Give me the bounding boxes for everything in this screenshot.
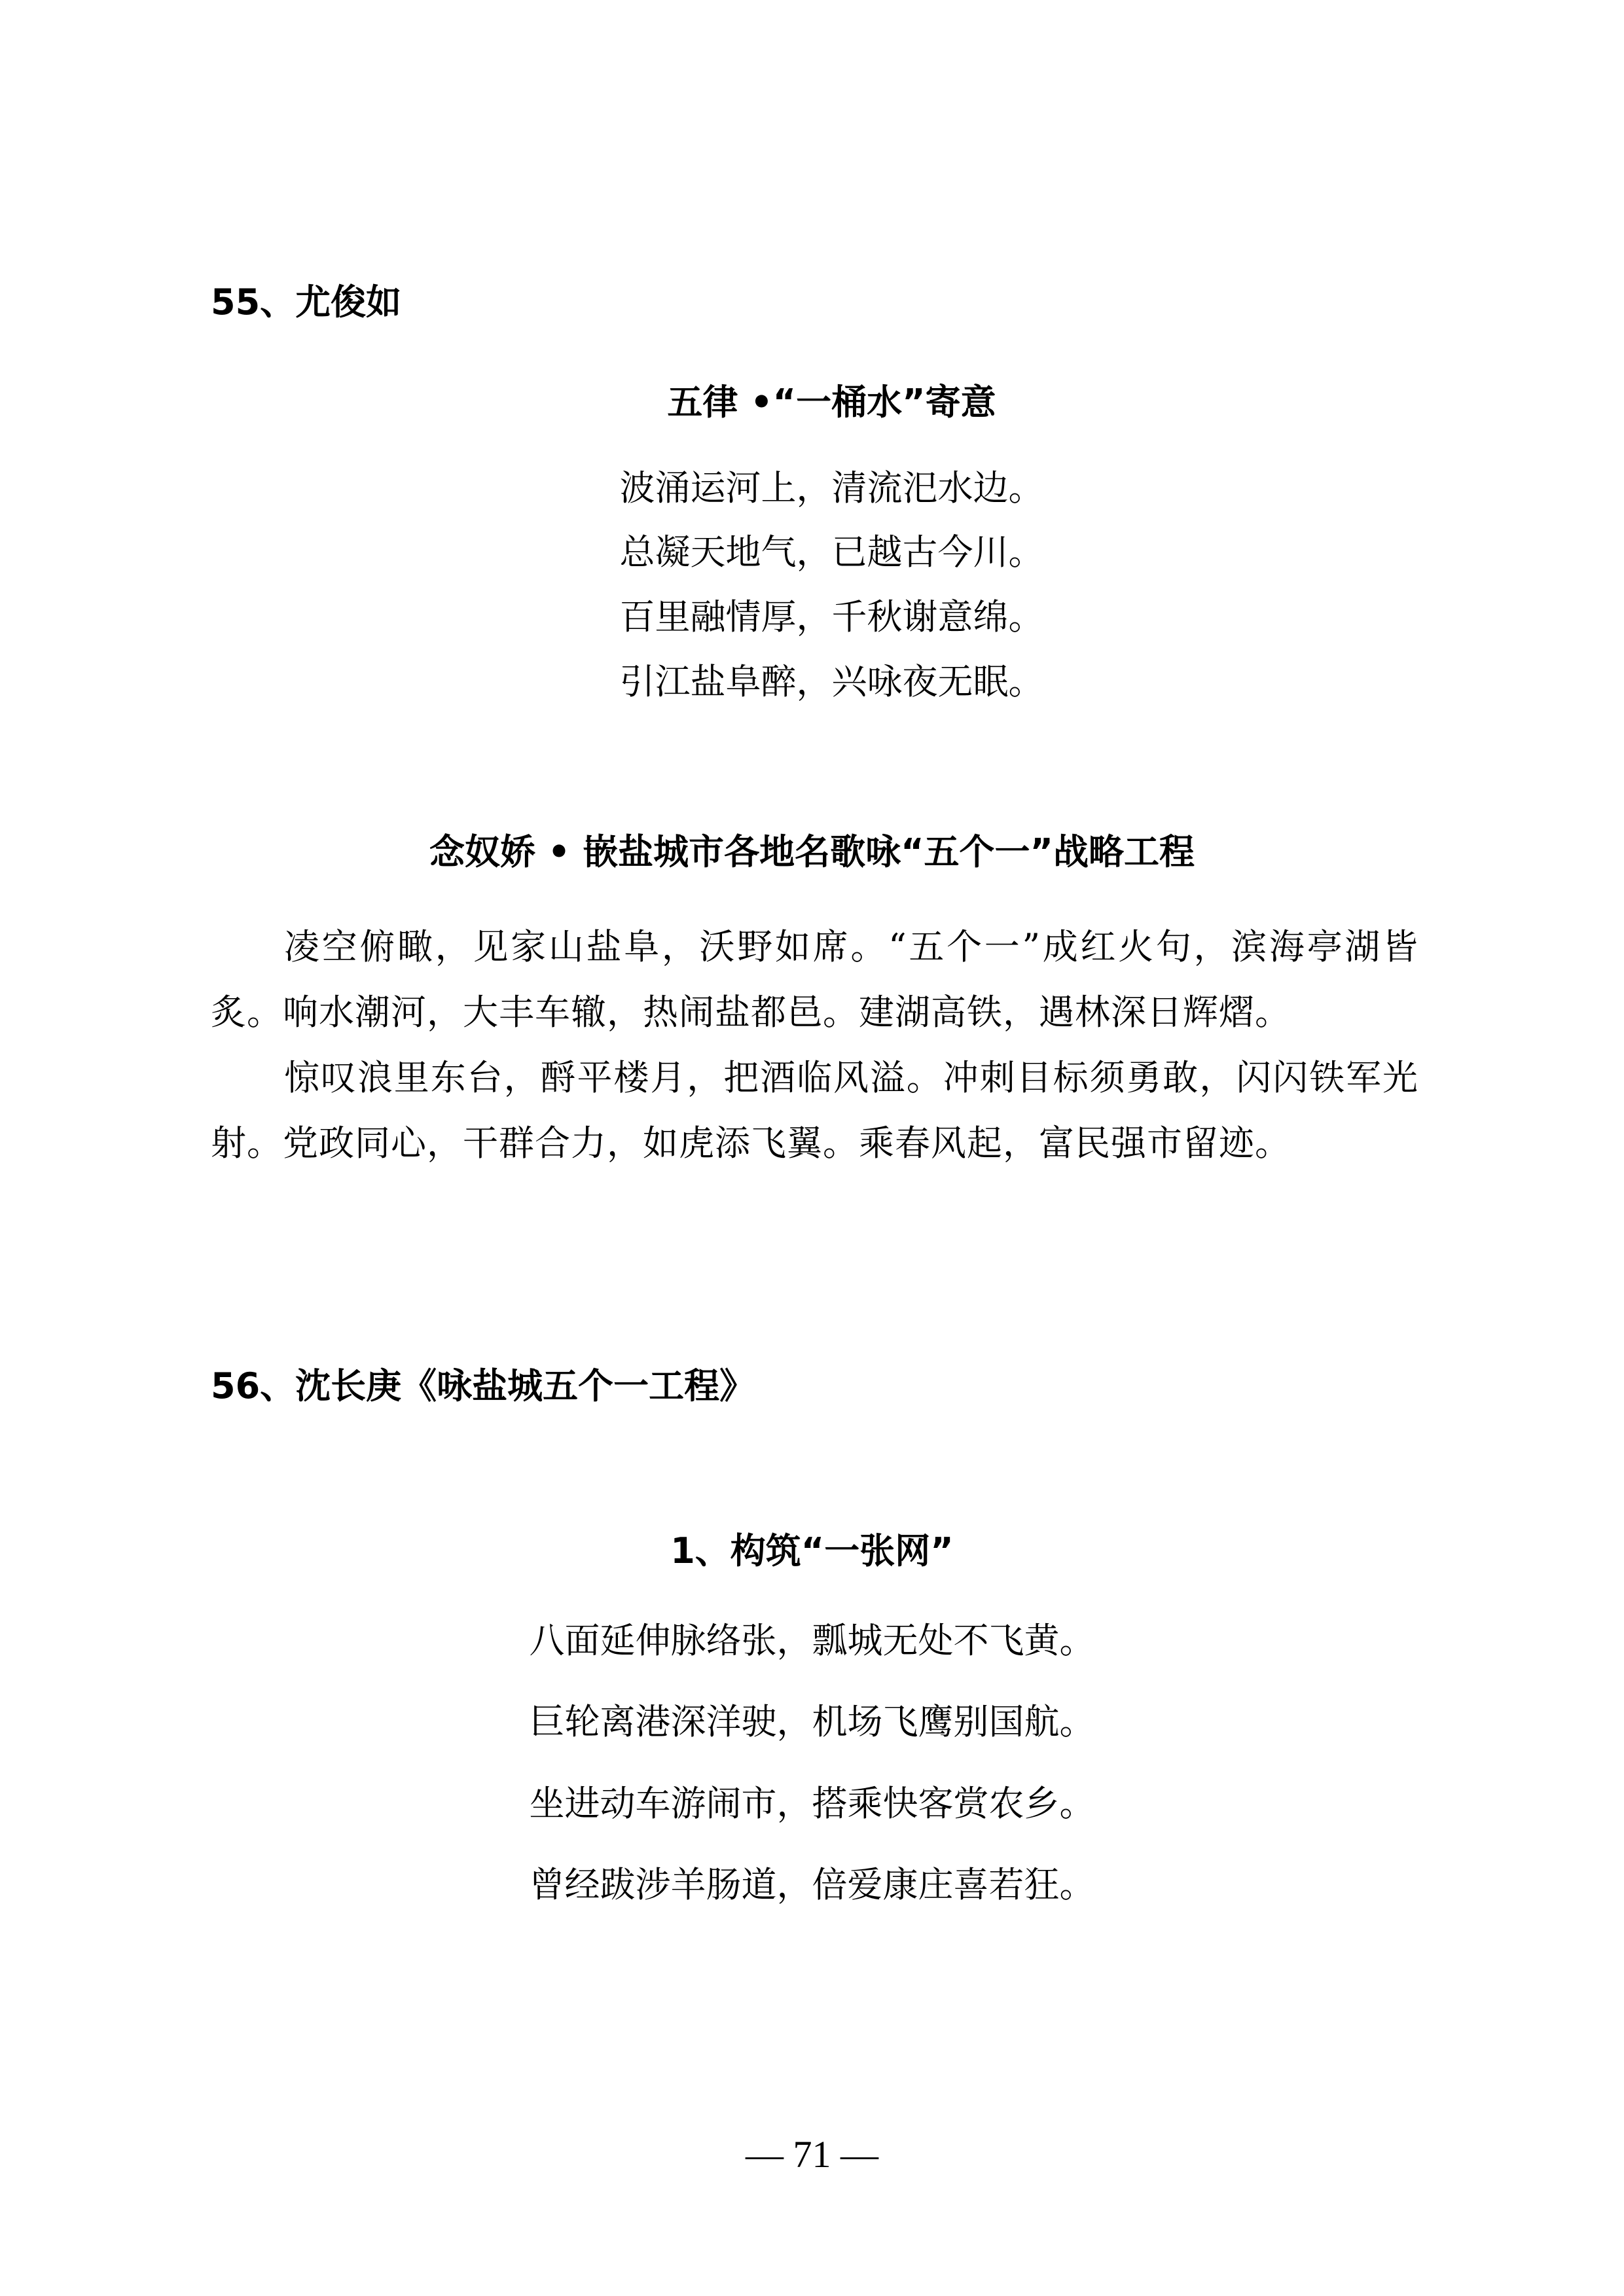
ci-paragraph: 惊叹浪里东台，酹平楼月，把酒临风溢。冲刺目标须勇敢，闪闪铁军光射。党政同心，干群…	[211, 1045, 1418, 1176]
verse-line: 八面延伸脉络张，瓢城无处不飞黄。	[0, 1621, 1624, 1660]
poem-title-gouzhu: 1、构筑“一张网”	[0, 1532, 1624, 1571]
section-heading-56: 56、沈长庚《咏盐城五个一工程》	[211, 1367, 755, 1406]
poem-title-wulv: 五律 •“一桶水”寄意	[0, 383, 1624, 422]
section-heading-55: 55、尤俊如	[211, 283, 401, 322]
verse-line: 曾经跋涉羊肠道，倍爱康庄喜若狂。	[0, 1865, 1624, 1905]
page-number: — 71 —	[0, 2132, 1624, 2176]
poem-title-niannujiao: 念奴娇 • 嵌盐城市各地名歌咏“五个一”战略工程	[0, 833, 1624, 872]
verse-line: 波涌运河上，清流汜水边。	[0, 469, 1624, 508]
verse-line: 巨轮离港深洋驶，机场飞鹰别国航。	[0, 1702, 1624, 1742]
verse-line: 总凝天地气，已越古今川。	[0, 533, 1624, 572]
verse-line: 坐进动车游闹市，搭乘快客赏农乡。	[0, 1784, 1624, 1823]
verse-line: 百里融情厚，千秋谢意绵。	[0, 598, 1624, 637]
verse-line: 引江盐阜醉，兴咏夜无眠。	[0, 662, 1624, 702]
ci-paragraph: 凌空俯瞰，见家山盐阜，沃野如席。“五个一”成红火句，滨海亭湖皆炙。响水潮河，大丰…	[211, 914, 1418, 1045]
